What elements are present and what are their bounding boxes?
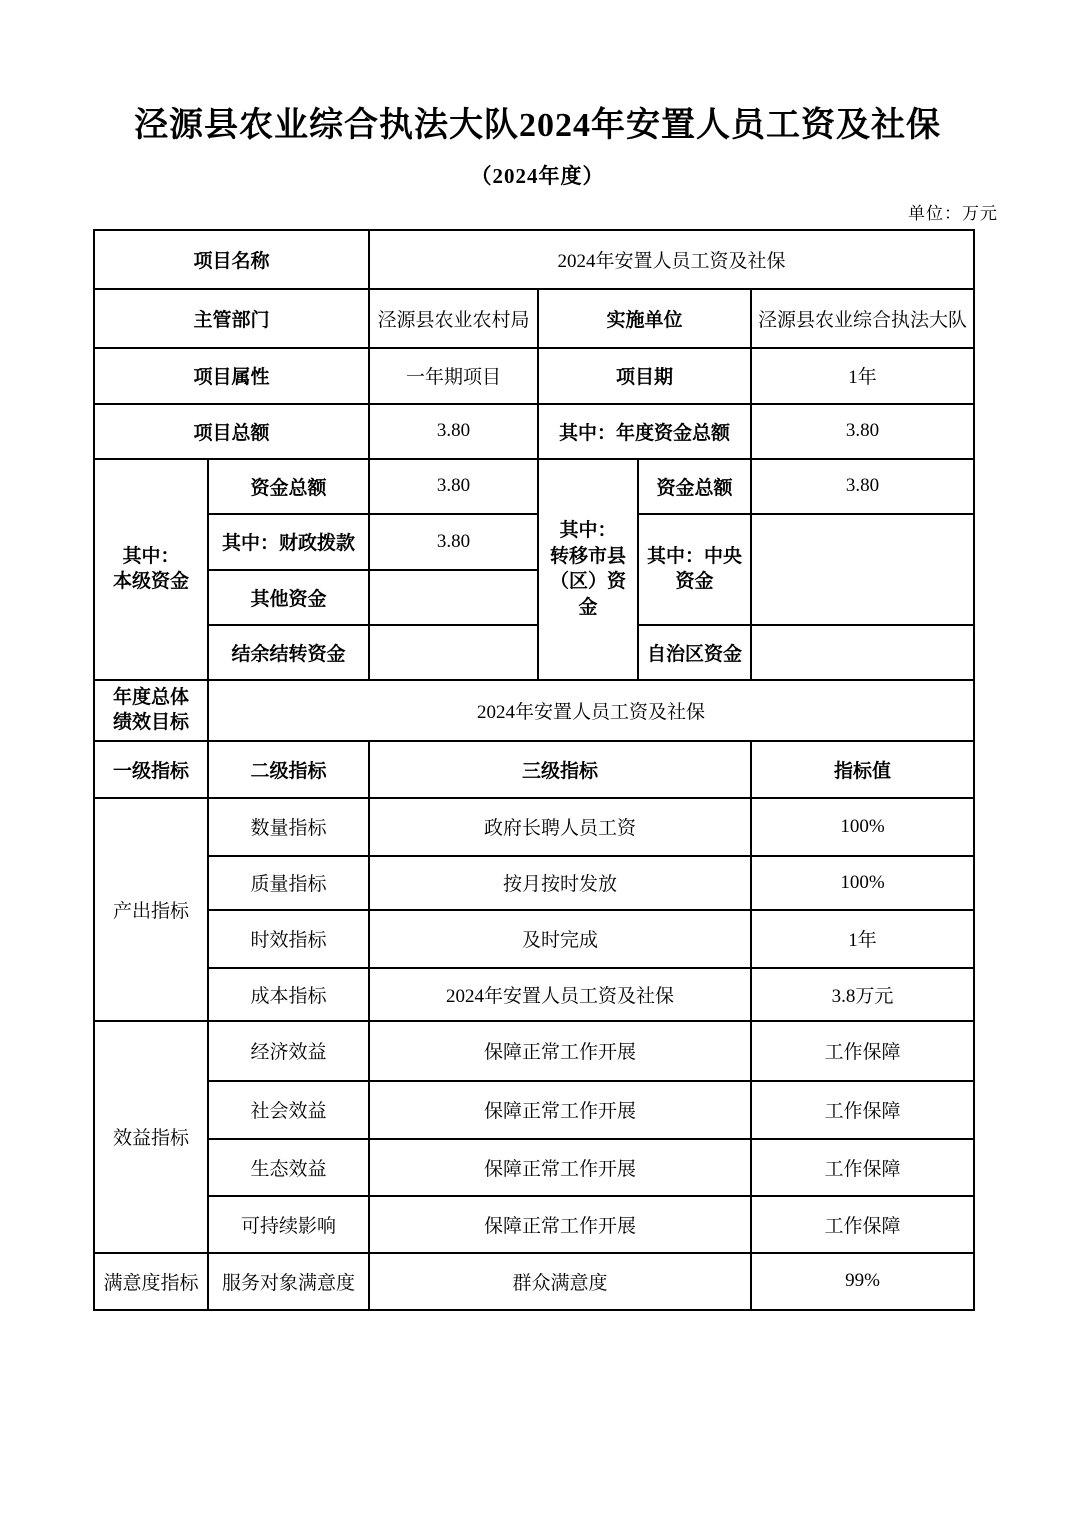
local-funds-total-value: 3.80	[369, 459, 538, 514]
indicator-row: 时效指标 及时完成 1年	[94, 910, 974, 968]
unit-label: 单位：万元	[0, 199, 1075, 224]
impl-value: 泾源县农业综合执法大队	[751, 289, 974, 348]
annual-goal-label: 年度总体 绩效目标	[94, 680, 208, 741]
indicator-level3: 保障正常工作开展	[369, 1139, 751, 1196]
indicator-level3: 群众满意度	[369, 1253, 751, 1310]
indicator-row: 满意度指标 服务对象满意度 群众满意度 99%	[94, 1253, 974, 1310]
indicator-row: 质量指标 按月按时发放 100%	[94, 856, 974, 910]
indicator-value: 1年	[751, 910, 974, 968]
indicator-level3: 政府长聘人员工资	[369, 798, 751, 856]
document-subtitle: （2024年度）	[0, 160, 1075, 190]
period-label: 项目期	[538, 348, 751, 404]
row-project-name: 项目名称 2024年安置人员工资及社保	[94, 230, 974, 289]
row-funding-1: 其中： 本级资金 资金总额 3.80 其中： 转移市县 （区）资 金 资金总额 …	[94, 459, 974, 514]
document-title: 泾源县农业综合执法大队2024年安置人员工资及社保	[0, 0, 1075, 147]
indicator-level2: 服务对象满意度	[208, 1253, 369, 1310]
impl-label: 实施单位	[538, 289, 751, 348]
row-indicator-header: 一级指标 二级指标 三级指标 指标值	[94, 741, 974, 798]
indicator-row: 产出指标 数量指标 政府长聘人员工资 100%	[94, 798, 974, 856]
other-funds-label: 其他资金	[208, 570, 369, 625]
central-funds-value	[751, 514, 974, 625]
indicator-value: 3.8万元	[751, 968, 974, 1021]
indicator-row: 效益指标 经济效益 保障正常工作开展 工作保障	[94, 1021, 974, 1081]
indicator-value: 99%	[751, 1253, 974, 1310]
attr-value: 一年期项目	[369, 348, 538, 404]
group-output-label: 产出指标	[94, 798, 208, 1021]
transfer-funds-label: 其中： 转移市县 （区）资 金	[538, 459, 638, 680]
header-level1: 一级指标	[94, 741, 208, 798]
indicator-value: 100%	[751, 856, 974, 910]
indicator-level2: 可持续影响	[208, 1196, 369, 1253]
row-funding-4: 结余结转资金 自治区资金	[94, 625, 974, 680]
group-benefit-label: 效益指标	[94, 1021, 208, 1253]
indicator-value: 100%	[751, 798, 974, 856]
indicator-value: 工作保障	[751, 1139, 974, 1196]
local-funds-label: 其中： 本级资金	[94, 459, 208, 680]
header-level3: 三级指标	[369, 741, 751, 798]
indicator-level2: 成本指标	[208, 968, 369, 1021]
total-value: 3.80	[369, 404, 538, 459]
dept-label: 主管部门	[94, 289, 369, 348]
indicator-level2: 生态效益	[208, 1139, 369, 1196]
carryover-funds-value	[369, 625, 538, 680]
performance-target-table: 项目名称 2024年安置人员工资及社保 主管部门 泾源县农业农村局 实施单位 泾…	[93, 229, 975, 1311]
indicator-value: 工作保障	[751, 1021, 974, 1081]
indicator-row: 社会效益 保障正常工作开展 工作保障	[94, 1081, 974, 1139]
other-funds-value	[369, 570, 538, 625]
indicator-level3: 保障正常工作开展	[369, 1021, 751, 1081]
row-annual-goal: 年度总体 绩效目标 2024年安置人员工资及社保	[94, 680, 974, 741]
row-attr-period: 项目属性 一年期项目 项目期 1年	[94, 348, 974, 404]
annual-total-label: 其中：年度资金总额	[538, 404, 751, 459]
fiscal-allocation-value: 3.80	[369, 514, 538, 570]
fiscal-allocation-label: 其中：财政拨款	[208, 514, 369, 570]
annual-goal-value: 2024年安置人员工资及社保	[208, 680, 974, 741]
period-value: 1年	[751, 348, 974, 404]
project-name-value: 2024年安置人员工资及社保	[369, 230, 974, 289]
indicator-level2: 时效指标	[208, 910, 369, 968]
attr-label: 项目属性	[94, 348, 369, 404]
project-name-label: 项目名称	[94, 230, 369, 289]
carryover-funds-label: 结余结转资金	[208, 625, 369, 680]
indicator-row: 生态效益 保障正常工作开展 工作保障	[94, 1139, 974, 1196]
region-funds-label: 自治区资金	[638, 625, 751, 680]
central-funds-label: 其中：中央 资金	[638, 514, 751, 625]
local-funds-total-label: 资金总额	[208, 459, 369, 514]
indicator-level2: 质量指标	[208, 856, 369, 910]
indicator-level3: 保障正常工作开展	[369, 1081, 751, 1139]
row-totals: 项目总额 3.80 其中：年度资金总额 3.80	[94, 404, 974, 459]
total-label: 项目总额	[94, 404, 369, 459]
indicator-value: 工作保障	[751, 1081, 974, 1139]
indicator-level3: 按月按时发放	[369, 856, 751, 910]
indicator-level3: 保障正常工作开展	[369, 1196, 751, 1253]
indicator-level3: 及时完成	[369, 910, 751, 968]
indicator-level2: 数量指标	[208, 798, 369, 856]
group-satisfaction-label: 满意度指标	[94, 1253, 208, 1310]
document-page: 泾源县农业综合执法大队2024年安置人员工资及社保 （2024年度） 单位：万元…	[0, 0, 1075, 1519]
transfer-funds-total-value: 3.80	[751, 459, 974, 514]
header-value: 指标值	[751, 741, 974, 798]
annual-total-value: 3.80	[751, 404, 974, 459]
region-funds-value	[751, 625, 974, 680]
indicator-level3: 2024年安置人员工资及社保	[369, 968, 751, 1021]
indicator-row: 可持续影响 保障正常工作开展 工作保障	[94, 1196, 974, 1253]
transfer-funds-total-label: 资金总额	[638, 459, 751, 514]
dept-value: 泾源县农业农村局	[369, 289, 538, 348]
header-level2: 二级指标	[208, 741, 369, 798]
indicator-value: 工作保障	[751, 1196, 974, 1253]
indicator-row: 成本指标 2024年安置人员工资及社保 3.8万元	[94, 968, 974, 1021]
row-funding-2: 其中：财政拨款 3.80 其中：中央 资金	[94, 514, 974, 570]
row-dept-impl: 主管部门 泾源县农业农村局 实施单位 泾源县农业综合执法大队	[94, 289, 974, 348]
indicator-level2: 经济效益	[208, 1021, 369, 1081]
indicator-level2: 社会效益	[208, 1081, 369, 1139]
